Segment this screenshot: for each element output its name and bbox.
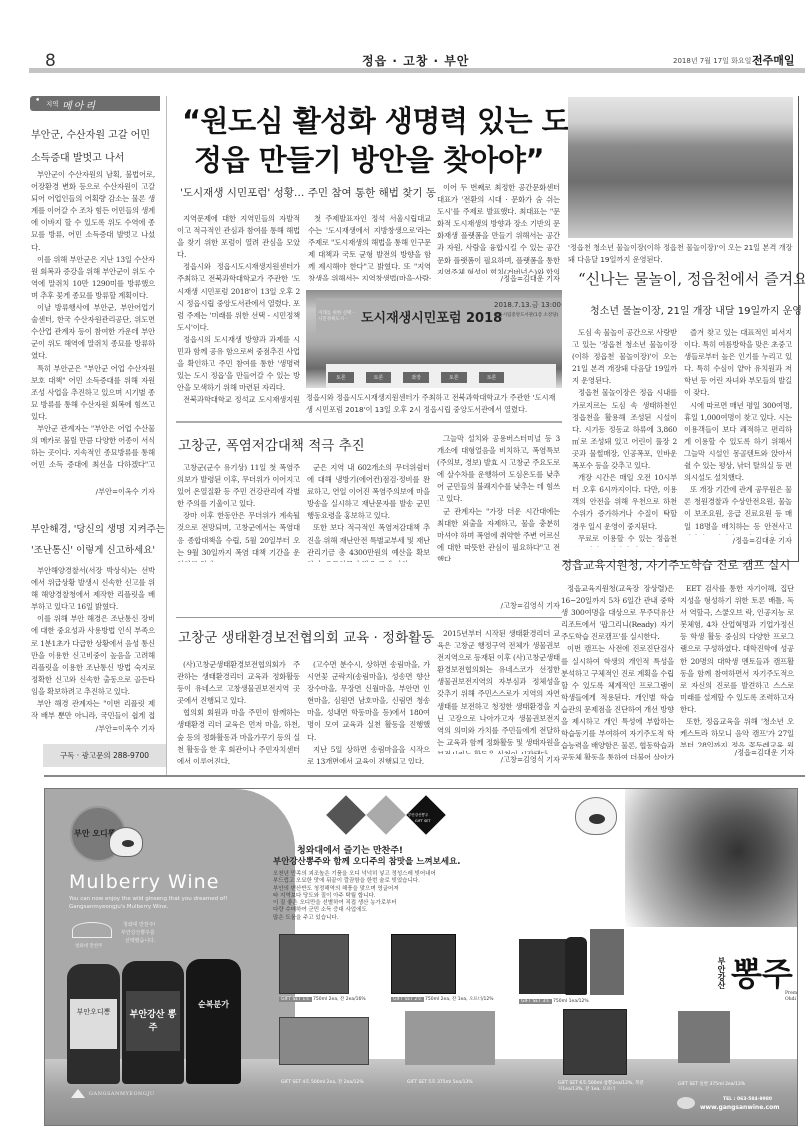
wine-bottle-1: 부안오디뽕 — [67, 964, 120, 1084]
main-headline-1: “원도심 활성화 생명력 있는 도시 — [182, 99, 597, 140]
issue-date: 2018년 7월 17일 화요일 — [673, 56, 751, 66]
main-col1: 지역문제에 대한 지역민들의 자발적이고 적극적인 관심과 참여를 통해 해법을… — [177, 213, 300, 408]
sidebar-column-body: 부안군이 수산자원의 남획, 불법어로, 어장환경 변화 등으로 수산자원이 고… — [31, 169, 155, 471]
forum-banner-title: 도시재생시민포럼 2018 — [361, 307, 502, 326]
gift-set-plain: GIFT SET 일반 375ml 2ea/13% — [678, 1081, 745, 1087]
nameplate: 토론 — [479, 372, 505, 383]
company-logo-icon — [677, 1097, 695, 1109]
water-park-byline: /정읍=김대운 기자 — [684, 536, 792, 546]
sidebar-tag-small: 지역 — [46, 99, 59, 108]
brand-footer: GANGSANMYEONGJU — [89, 1091, 155, 1097]
sidebar-tag-title: 메아리 — [62, 97, 97, 112]
ad-body: 오천년 민족의 괴조높은 기품을 오디 넉넉히 넣고 정성스레 빚어내어 부드럽… — [273, 871, 436, 922]
main-col2: 첫 주제발표자인 정석 서울시립대교수는 '도시재생에서 지방창생으로'라는 주… — [308, 213, 431, 281]
forum-photo-caption: 정읍시와 정읍시도시재생지원센터가 주최하고 전북과학대학교가 주관한 '도시재… — [306, 392, 562, 416]
bottle-label: 부안강산 뽕주 — [126, 991, 180, 1051]
premium-label-2: Ohdi Wine — [785, 997, 798, 1002]
water-park-col1: 도심 속 물놀이 공간으로 사랑받고 있는 '정읍천 청소년 물놀이장(이하 정… — [572, 327, 677, 547]
eco-col2: (고수면 분수시, 상하면 송림마을, 가시연꽃 군락지(송림마을), 성송면 … — [307, 659, 430, 764]
section-title: 정읍 · 고창 · 부안 — [362, 52, 469, 69]
forum-banner-date: 2018.7.13.금 13:00~ — [494, 300, 562, 310]
mountain-logo-icon — [71, 1089, 85, 1098]
subscription-text: 구독 · 광고문의 288-9700 — [60, 751, 149, 760]
mascot-icon — [575, 797, 617, 835]
premium-label-1: Premium — [785, 991, 798, 996]
nameplate: 토론 — [366, 372, 392, 383]
mulberry-fruit-photo — [625, 789, 798, 927]
ad-brand-en: Mulberry Wine — [69, 871, 219, 893]
heat-headline: 고창군, 폭염저감대책 적극 추진 — [178, 434, 365, 454]
wine-bottle-2: 부안강산 뽕주 — [122, 961, 184, 1084]
gift-set-6: GIFT SET 6호 500ml 참뽕2ea/12%, 복분자1ea/13%,… — [558, 1081, 648, 1093]
edu-col1: 정읍교육지원청(교육장 장상렬)은 16~20일까지 5차 6일간 관내 중학생… — [561, 583, 674, 760]
subscription-box: 구독 · 광고문의 288-9700 — [43, 744, 166, 767]
eco-headline: 고창군 생태환경보전협의회 교육 · 정화활동 — [178, 626, 434, 646]
sidebar-column-headline-2: 소득증대 발벗고 나서 — [31, 149, 124, 164]
sidebar-article2-body: 부안해양경찰서(서장 박상식)는 선박에서 위급상황 발생시 신속한 신고를 위… — [31, 565, 155, 723]
gift-set-5-image — [405, 1011, 495, 1065]
edu-byline: /정읍=김대운 기자 — [680, 748, 794, 758]
heat-byline: /고창=김영식 기자 — [437, 601, 560, 611]
ad-tagline-1: You can now enjoy the wild ginseng that … — [69, 896, 227, 902]
forum-banner: 미래를 위한 선택 - 시민정책도시 - 도시재생시민포럼 2018 2018.… — [316, 298, 562, 334]
calligraphy-big: 뽕주 — [731, 949, 793, 995]
water-park-headline: “신나는 물놀이, 정읍천에서 즐겨요” — [578, 268, 805, 289]
wine-bottle-3: 순복분가 — [186, 959, 241, 1084]
main-headline-2: 정읍 만들기 방안을 찾아야” — [194, 138, 544, 179]
bullet-icon: • — [35, 96, 40, 106]
bluehouse-text-1: 청와대 만찬주! — [123, 921, 156, 928]
bluehouse-label: 청와대 만찬주 — [75, 943, 103, 949]
bluehouse-text-2: 부안강산뽕주를 — [121, 929, 155, 936]
gift-set-1-image — [279, 934, 349, 994]
diamond-label-1: 부안강산뽕주 — [408, 813, 428, 818]
nameplate: 좌장 — [403, 372, 429, 383]
eco-col1: (사)고창군생태환경보전협의회가 주관하는 생태환경리더 교육과 정화활동 등이… — [177, 659, 300, 764]
edu-col2: EET 검사를 통한 자기이해, 집단지성을 형성하기 위한 토론 배틀, 독서… — [680, 583, 794, 747]
gift-set-6-image — [563, 1009, 627, 1075]
bottle-label: 순복분가 — [189, 999, 238, 1010]
forum-photo: 미래를 위한 선택 - 시민정책도시 - 도시재생시민포럼 2018 2018.… — [306, 290, 562, 388]
heat-col3: 그늘막 설치와 공용버스터미널 등 3개소에 대형얼음을 비치하고, 폭염특보(… — [437, 433, 560, 561]
paper-name: 전주매일 — [752, 52, 795, 68]
gift-set-2-image — [391, 934, 456, 994]
section-rule — [176, 617, 562, 618]
premium-bottle-image — [565, 937, 587, 995]
gift-set-4-image — [279, 1017, 369, 1065]
sidebar-article2-headline-2: '조난통신' 이렇게 신고하세요' — [31, 542, 155, 556]
bottle-label: 부안오디뽕 — [70, 999, 117, 1049]
eco-col3: 2015년부터 시작된 생태환경리더 교육은 고창군 행정구역 전체가 생물권보… — [437, 628, 560, 754]
main-byline: /정읍=김대운 기자 — [437, 274, 560, 284]
premium-box-image — [590, 929, 624, 995]
header-rule — [29, 68, 805, 73]
forum-banner-place: 정읍시립중앙도서관(1층 소강당) — [494, 312, 558, 318]
gift-set-1: GIFT SET 1호 750ml 2ea, 잔 2ea/16% — [279, 996, 366, 1002]
sidebar-article2-byline: /부안=이옥수 기자 — [31, 724, 155, 734]
water-park-photo — [568, 97, 793, 238]
heat-col1: 고창군(군수 유기상) 11일 첫 폭염주의보가 발령된 이후, 무더위가 이어… — [177, 462, 300, 562]
ad-tagline-2: Gangsanmyeongju's Mulberry Wine. — [69, 904, 168, 910]
section-rule — [176, 421, 562, 423]
main-subhead: '도시재생 시민포럼' 성황… 주민 참여 통한 해법 찾기 동 — [180, 185, 436, 200]
gift-set-3: GIFT SET 3호 750ml 1ea/12% — [519, 998, 589, 1004]
mulberry-wine-ad: 부안 오디뽕 Mulberry Wine You can now enjoy t… — [44, 788, 798, 1126]
ad-phone: TEL : 063-584-9980 — [723, 1097, 772, 1102]
main-col3: 이어 두 번째로 최정한 공간문화센터 대표가 '전환의 시대 · 문화가 숨 … — [437, 182, 560, 274]
sidebar-article2-headline-1: 부안해경, '당신의 생명 지켜주는 — [31, 521, 165, 535]
edu-headline: 정읍교육지원청, 자기주도학습 진로 캠프 실시 — [561, 557, 790, 573]
gift-set-plain-image — [678, 1011, 730, 1063]
diamond-label-2: GIFT SET — [415, 819, 431, 823]
ad-headline-2: 부안강산뽕주와 함께 오디주의 참맛을 느껴보세요. — [273, 855, 461, 867]
diamond-photo-mulberry — [326, 795, 366, 835]
gift-set-5: GIFT SET 5호 375ml 5ea/13% — [407, 1079, 473, 1085]
nameplate: 토론 — [441, 372, 467, 383]
sidebar-divider — [166, 96, 167, 776]
sidebar-column-byline: /부안=이옥수 기자 — [31, 487, 155, 497]
water-park-col2: 즐겨 찾고 있는 대표적인 피서지이다. 특히 여름방학을 맞은 초중고생들로부… — [684, 327, 792, 535]
ad-website[interactable]: www.gangsanwine.com — [700, 1104, 779, 1111]
ad-top-rule — [44, 775, 805, 777]
sidebar-tag: • 지역 메아리 — [30, 96, 160, 111]
sidebar-column-headline-1: 부안군, 수산자원 고갈 어민 — [31, 126, 150, 141]
eco-byline: /고창=김영식 기자 — [437, 755, 560, 765]
water-park-caption: '정읍천 청소년 물놀이장(이하 정읍천 물놀이장)'이 오는 21일 본격 개… — [568, 242, 793, 266]
gift-set-2: GIFT SET 2호 750ml 2ea, 잔 1ea, 오프너/12% — [391, 996, 494, 1002]
mascot-icon — [109, 827, 143, 857]
nameplate: 토론 — [328, 372, 354, 383]
water-park-subhead: 청소년 물놀이장, 21일 개장 내달 19일까지 운영 — [590, 302, 802, 317]
bluehouse-icon — [72, 922, 112, 938]
forum-banner-left: 미래를 위한 선택 - 시민정책도시 - — [318, 310, 358, 322]
calligraphy-small: 부안강산 — [717, 957, 728, 989]
bluehouse-text-3: 선택했습니다. — [125, 937, 156, 944]
heat-col2: 군은 지역 내 602개소의 무더위쉼터에 대해 냉방기(에어컨)점검·정비를 … — [307, 462, 430, 562]
diamond-photo-fruit — [366, 795, 406, 835]
gift-set-4: GIFT SET 4호 500ml 2ea, 잔 2ea/12% — [281, 1079, 364, 1085]
